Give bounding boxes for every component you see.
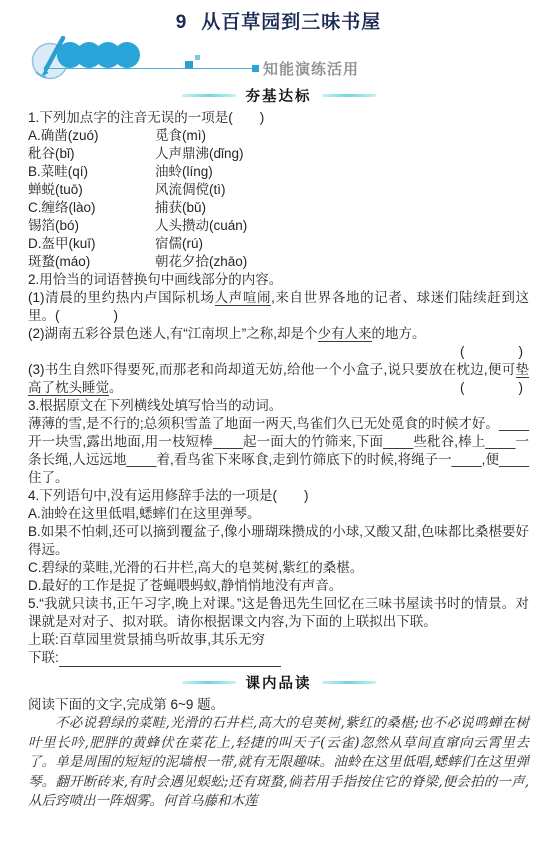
answer-bracket: ( ) <box>460 344 523 359</box>
q1-cell: 觅食(mì) <box>155 127 206 145</box>
q1-cell: 秕谷(bǐ) <box>28 145 155 163</box>
reading-content: 阅读下面的文字,完成第 6~9 题。 不必说碧绿的菜畦,光滑的石井栏,高大的皂荚… <box>28 696 529 812</box>
xialian-blank-line <box>59 652 281 667</box>
q1-row: C.缠络(lào)捕获(bǔ) <box>28 199 529 217</box>
q2-text: 的地方。 <box>372 326 426 341</box>
q1-cell: 风流倜傥(tì) <box>155 181 226 199</box>
q2-text: (2)湖南五彩谷景色迷人,有“江南坝上”之称,却是个 <box>28 326 318 341</box>
q5-xialian: 下联: <box>28 649 529 667</box>
section-bar-right <box>322 94 376 97</box>
q1-row: B.菜畦(qí)油蛉(líng) <box>28 163 529 181</box>
section-bar-left <box>182 94 236 97</box>
q2-text: (1)清晨的里约热内卢国际机场 <box>28 290 215 305</box>
bullet-square-icon <box>252 65 259 72</box>
q1-cell: 捕获(bǔ) <box>155 199 206 217</box>
q1-cell: 人头攒动(cuán) <box>155 217 247 235</box>
dot-icon <box>114 42 140 68</box>
band-label: 知能演练活用 <box>263 58 359 79</box>
q4-stem: 4.下列语句中,没有运用修辞手法的一项是( ) <box>28 487 529 505</box>
q1-cell: C.缠络(lào) <box>28 199 155 217</box>
page-title: 9从百草园到三味书屋 <box>0 0 557 34</box>
section-bar-right <box>322 681 376 684</box>
q5-stem: 5.“我就只读书,正午习字,晚上对课。”这是鲁迅先生回忆在三味书屋读书时的情景。… <box>28 595 529 631</box>
underlined-phrase: 少有人来 <box>318 326 372 342</box>
q2-stem: 2.用恰当的词语替换句中画线部分的内容。 <box>28 271 529 289</box>
answer-bracket: ( ) <box>55 308 118 323</box>
q2-text: 。 <box>109 380 123 395</box>
q1-cell: 朝花夕拾(zhāo) <box>155 253 247 271</box>
q1-row: A.确凿(zuó)觅食(mì) <box>28 127 529 145</box>
square-note-icon <box>195 55 200 60</box>
q4-option-c: C.碧绿的菜畦,光滑的石井栏,高大的皂荚树,紫红的桑椹。 <box>28 559 529 577</box>
reading-passage: 不必说碧绿的菜畦,光滑的石井栏,高大的皂荚树,紫红的桑椹;也不必说鸣蝉在树叶里长… <box>28 714 529 812</box>
q2-item-1: (1)清晨的里约热内卢国际机场人声喧闹,来自世界各地的记者、球迷们陆续赶到这里。… <box>28 289 529 325</box>
q5-shanglian: 上联:百草园里赏景捕鸟听故事,其乐无穷 <box>28 631 529 649</box>
section-header-reading: 课内品读 <box>0 672 557 693</box>
section-title-reading: 课内品读 <box>246 672 312 693</box>
q5-xialian-label: 下联: <box>28 649 59 667</box>
q3-stem: 3.根据原文在下列横线处填写恰当的动词。 <box>28 397 529 415</box>
q1-cell: 油蛉(líng) <box>155 163 213 181</box>
q1-row: D.盔甲(kuī)宿儒(rú) <box>28 235 529 253</box>
q1-cell: D.盔甲(kuī) <box>28 235 155 253</box>
q1-row: 斑蝥(máo)朝花夕拾(zhāo) <box>28 253 529 271</box>
q1-stem: 1.下列加点字的注音无误的一项是( ) <box>28 109 529 127</box>
band-rule-line <box>48 68 254 69</box>
q3-body: 薄薄的雪,是不行的;总须积雪盖了地面一两天,鸟雀们久已无处觅食的时候才好。___… <box>28 415 529 487</box>
section-header-basics: 夯基达标 <box>0 85 557 106</box>
q1-cell: B.菜畦(qí) <box>28 163 155 181</box>
q1-cell: 宿儒(rú) <box>155 235 203 253</box>
workbook-page: 9从百草园到三味书屋 知能演练活用 夯基达标 1.下列加点字的注音无误的一项是(… <box>0 0 557 844</box>
exercise-content: 1.下列加点字的注音无误的一项是( ) A.确凿(zuó)觅食(mì) 秕谷(b… <box>28 109 529 667</box>
dots-decoration <box>64 42 140 68</box>
underlined-phrase: 人声喧闹 <box>215 290 271 306</box>
decorative-band: 知能演练活用 <box>30 36 527 80</box>
q1-options: A.确凿(zuó)觅食(mì) 秕谷(bǐ)人声鼎沸(dǐng) B.菜畦(qí… <box>28 127 529 271</box>
q1-row: 蝉蜕(tuō)风流倜傥(tì) <box>28 181 529 199</box>
answer-bracket: ( ) <box>460 379 523 397</box>
section-bar-left <box>182 681 236 684</box>
q2-item-3: (3)书生自然吓得要死,而那老和尚却道无妨,给他一个小盒子,说只要放在枕边,便可… <box>28 361 529 397</box>
reading-intro: 阅读下面的文字,完成第 6~9 题。 <box>28 696 529 714</box>
q4-option-b: B.如果不怕刺,还可以摘到覆盆子,像小珊瑚珠攒成的小球,又酸又甜,色味都比桑椹要… <box>28 523 529 559</box>
q1-cell: 人声鼎沸(dǐng) <box>155 145 244 163</box>
q2-item-2-bracket-row: ( ) <box>28 343 529 361</box>
q2-item-2: (2)湖南五彩谷景色迷人,有“江南坝上”之称,却是个少有人来的地方。 <box>28 325 529 343</box>
q1-cell: A.确凿(zuó) <box>28 127 155 145</box>
q1-row: 锡箔(bó)人头攒动(cuán) <box>28 217 529 235</box>
square-note-icon <box>185 61 193 69</box>
q1-cell: 锡箔(bó) <box>28 217 155 235</box>
q1-row: 秕谷(bǐ)人声鼎沸(dǐng) <box>28 145 529 163</box>
q1-cell: 蝉蜕(tuō) <box>28 181 155 199</box>
section-title-basics: 夯基达标 <box>246 85 312 106</box>
lesson-title: 从百草园到三味书屋 <box>201 12 381 33</box>
q4-option-d: D.最好的工作是捉了苍蝇喂蚂蚁,静悄悄地没有声音。 <box>28 577 529 595</box>
lesson-number: 9 <box>176 12 188 33</box>
q2-text: (3)书生自然吓得要死,而那老和尚却道无妨,给他一个小盒子,说只要放在枕边,便可 <box>28 362 516 377</box>
q4-option-a: A.油蛉在这里低唱,蟋蟀们在这里弹琴。 <box>28 505 529 523</box>
q1-cell: 斑蝥(máo) <box>28 253 155 271</box>
